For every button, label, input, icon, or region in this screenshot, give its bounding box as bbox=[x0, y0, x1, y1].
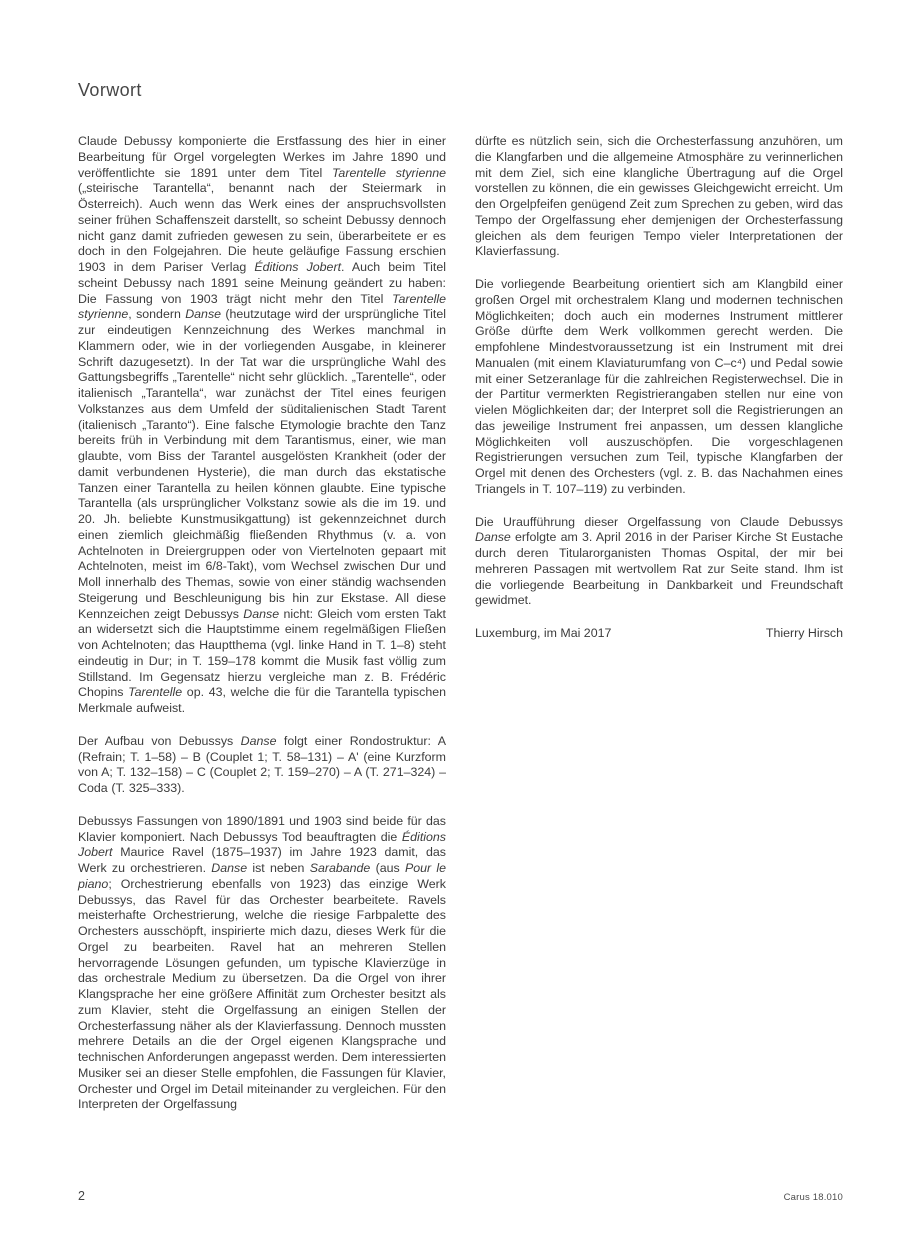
page-title: Vorwort bbox=[78, 80, 843, 101]
paragraph: Debussys Fassungen von 1890/1891 und 190… bbox=[78, 814, 446, 1113]
paragraph: dürfte es nützlich sein, sich die Orches… bbox=[475, 134, 843, 260]
footer-page-number: 2 bbox=[78, 1189, 85, 1203]
two-column-text: Claude Debussy komponierte die Erstfassu… bbox=[78, 134, 843, 1130]
paragraph: Die Uraufführung dieser Orgelfassung von… bbox=[475, 515, 843, 610]
paragraph: Die vorliegende Bearbeitung orientiert s… bbox=[475, 277, 843, 498]
page-footer: 2 Carus 18.010 bbox=[78, 1189, 843, 1203]
signoff-place-date: Luxemburg, im Mai 2017 bbox=[475, 626, 611, 642]
left-column: Claude Debussy komponierte die Erstfassu… bbox=[78, 134, 446, 1130]
paragraph: Der Aufbau von Debussys Danse folgt eine… bbox=[78, 734, 446, 797]
right-column: dürfte es nützlich sein, sich die Orches… bbox=[475, 134, 843, 642]
paragraph: Claude Debussy komponierte die Erstfassu… bbox=[78, 134, 446, 717]
signoff-row: Luxemburg, im Mai 2017 Thierry Hirsch bbox=[475, 626, 843, 642]
signoff-author: Thierry Hirsch bbox=[766, 626, 843, 642]
footer-edition-number: Carus 18.010 bbox=[784, 1192, 843, 1203]
preface-page: Vorwort Claude Debussy komponierte die E… bbox=[0, 0, 900, 1252]
